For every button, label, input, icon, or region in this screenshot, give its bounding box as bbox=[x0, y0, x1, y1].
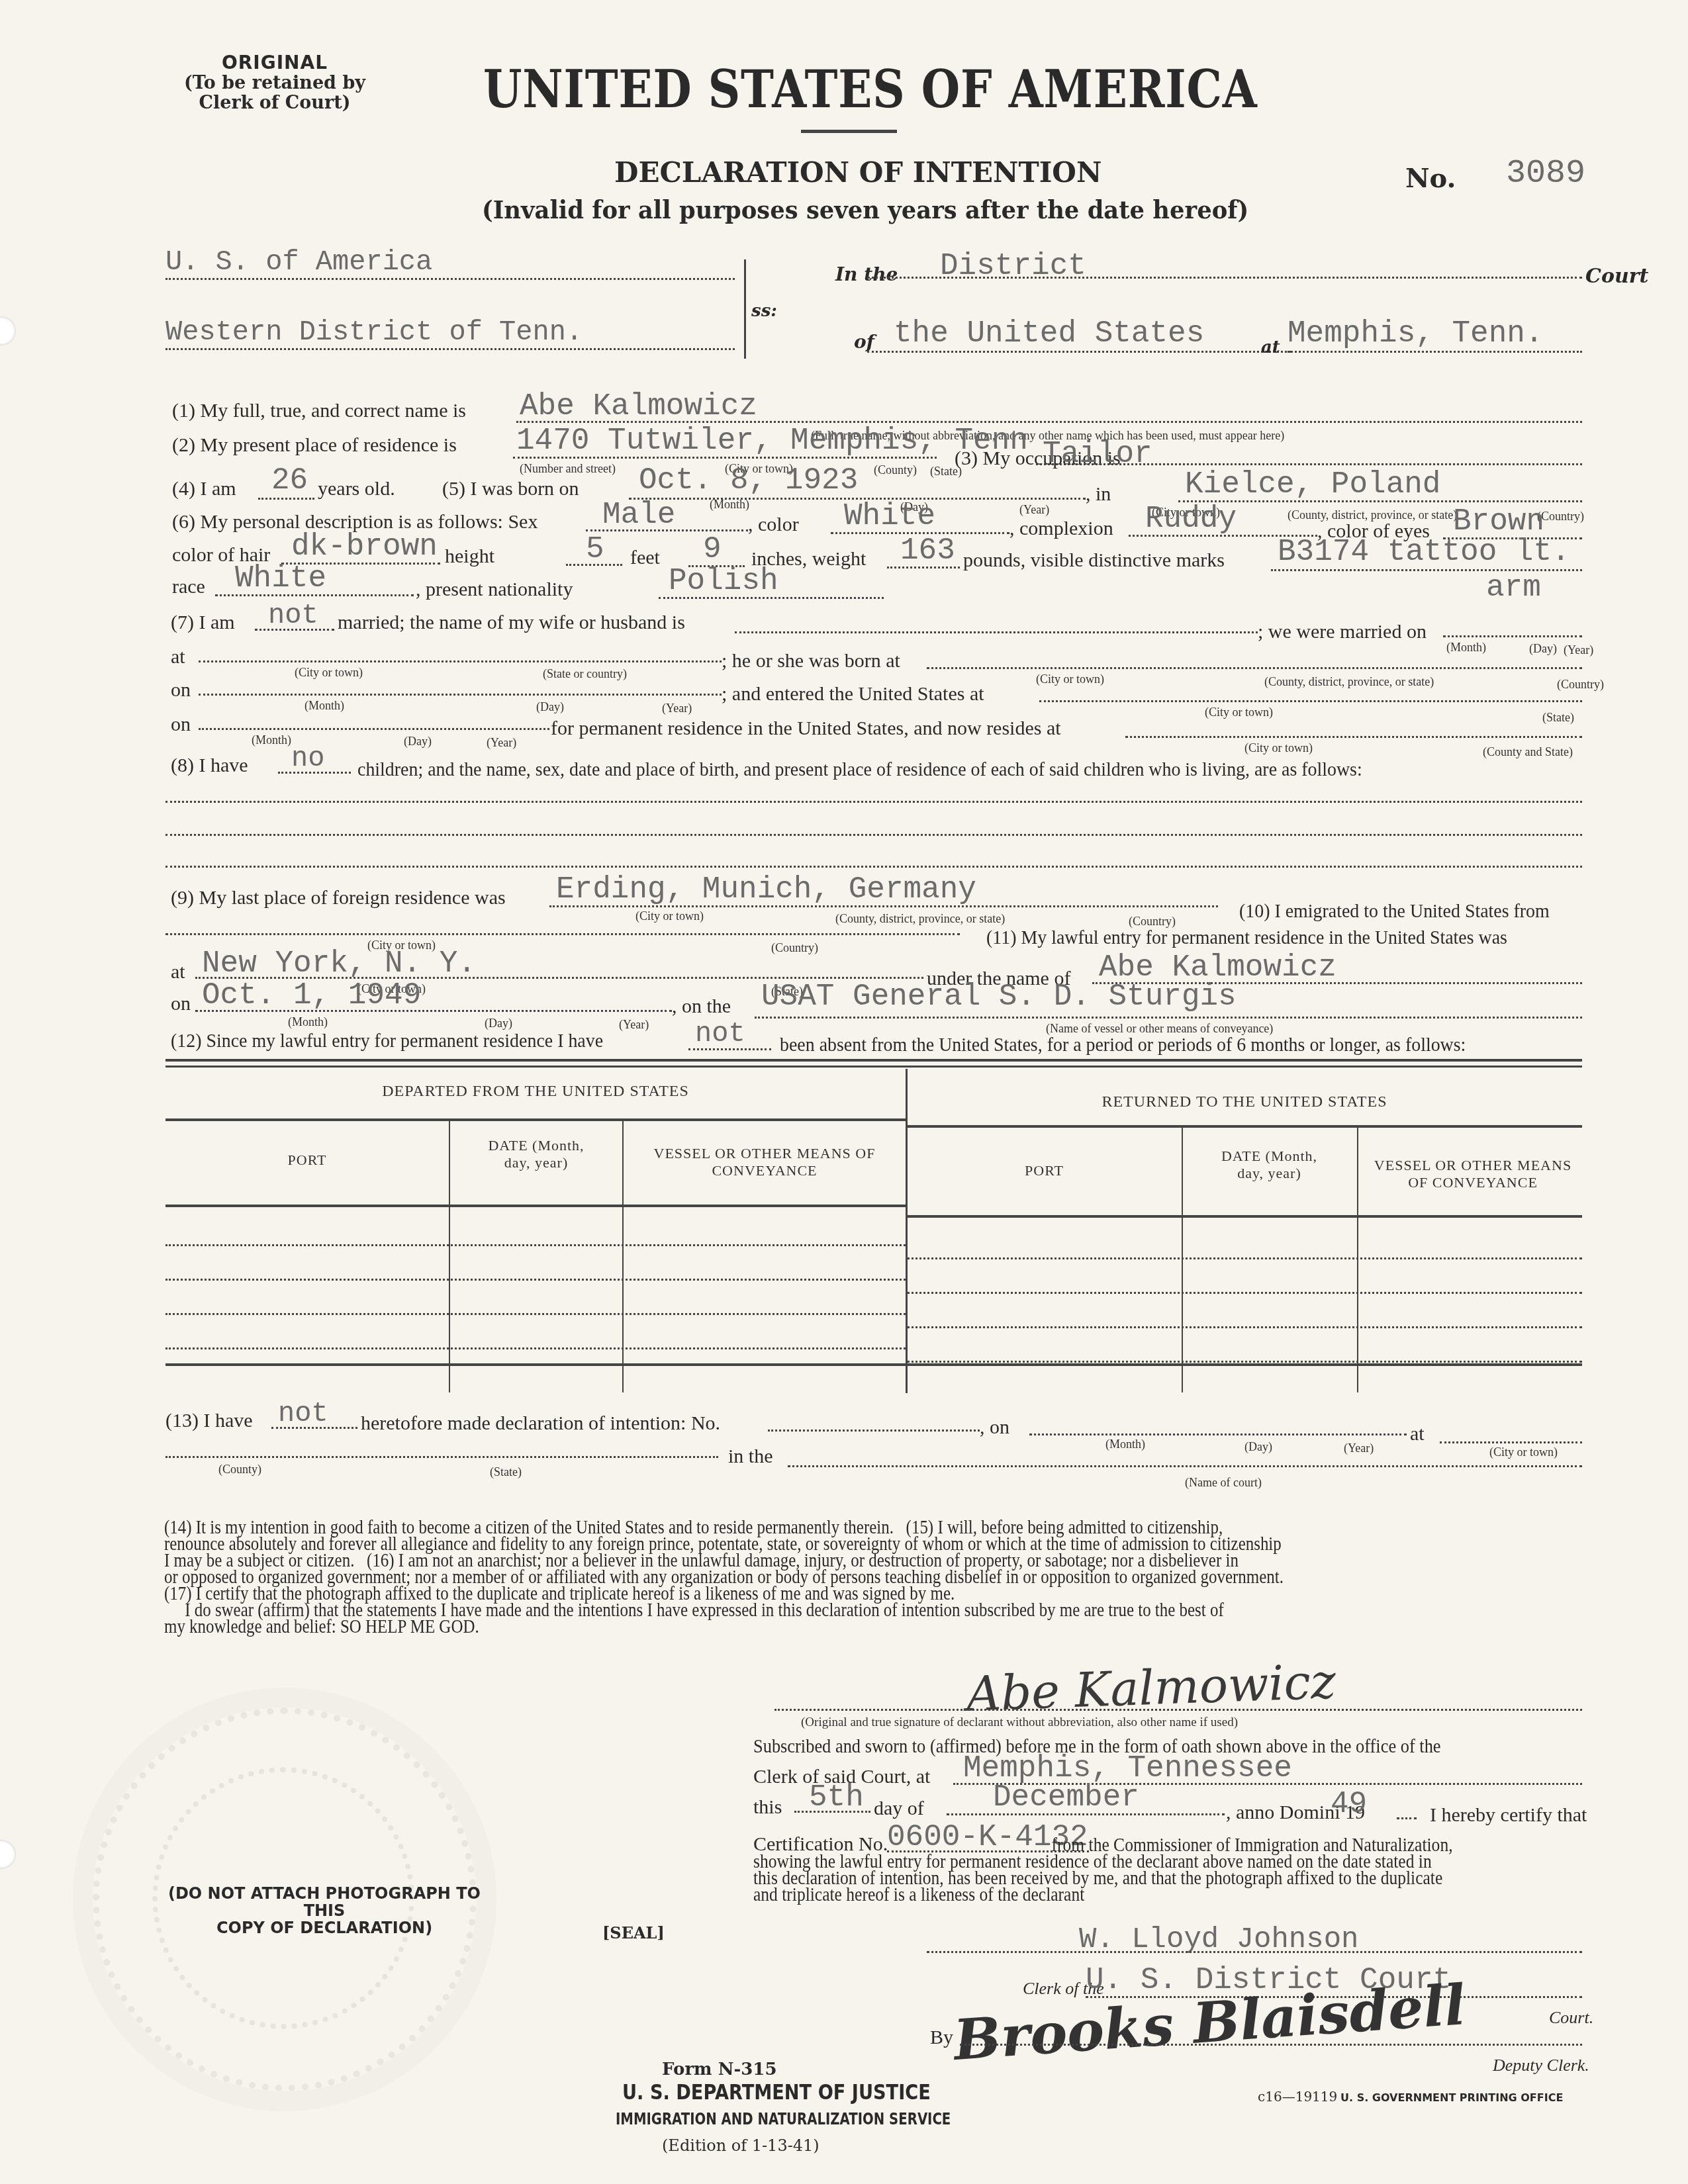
height-inches: 9 bbox=[703, 532, 722, 567]
prior-declaration-status: not bbox=[278, 1398, 328, 1430]
spouse-entry-place-line bbox=[1039, 700, 1582, 702]
header-rule bbox=[165, 1118, 906, 1121]
column-rule bbox=[622, 1121, 624, 1392]
birth-place: Kielce, Poland bbox=[1185, 467, 1440, 502]
marital-line bbox=[255, 629, 334, 631]
caption-day: (Day) bbox=[485, 1017, 512, 1030]
department-name: U. S. DEPARTMENT OF JUSTICE bbox=[622, 2079, 931, 2105]
table-top-rule bbox=[165, 1066, 1582, 1068]
caption-county: (County, district, province, or state) bbox=[1264, 675, 1434, 689]
foreign-residence-line bbox=[549, 905, 1218, 907]
sworn-month: December bbox=[993, 1780, 1139, 1815]
printer-name: U. S. GOVERNMENT PRINTING OFFICE bbox=[1340, 2091, 1563, 2104]
oath-line: my knowledge and belief: SO HELP ME GOD. bbox=[164, 1619, 1388, 1635]
certify-label: I hereby certify that bbox=[1430, 1804, 1587, 1827]
q13-label: (13) I have bbox=[165, 1410, 253, 1432]
caption-day: (Day) bbox=[404, 735, 432, 749]
column-header-vessel: VESSEL OR OTHER MEANS OF CONVEYANCE bbox=[629, 1145, 900, 1179]
declaration-number: 3089 bbox=[1506, 155, 1585, 193]
q11-label: (11) My lawful entry for permanent resid… bbox=[986, 927, 1507, 949]
column-header-date: DATE (Month, day, year) bbox=[477, 1137, 596, 1171]
day-line bbox=[794, 1811, 870, 1813]
marital-status: not bbox=[268, 600, 318, 631]
children-line bbox=[165, 801, 1582, 803]
day-of-label: day of bbox=[874, 1797, 924, 1820]
caption-city: (City or town) bbox=[1205, 705, 1273, 719]
validity-note: (Invalid for all purposes seven years af… bbox=[482, 195, 1248, 224]
in-the-label: In the bbox=[835, 263, 898, 285]
distinctive-marks: B3174 tattoo lt. bbox=[1278, 535, 1570, 569]
venue-brace bbox=[735, 259, 746, 359]
on-label: on bbox=[171, 679, 191, 702]
eye-color: Brown bbox=[1453, 504, 1544, 539]
birth-caption-month: (Month) bbox=[710, 498, 749, 512]
permanent-label: for permanent residence in the United St… bbox=[551, 717, 1061, 740]
complexion: Ruddy bbox=[1145, 502, 1237, 536]
absent-line bbox=[688, 1048, 771, 1050]
married-on-label: ; we were married on bbox=[1258, 621, 1427, 643]
caption-county: (County, district, province, or state) bbox=[835, 912, 1005, 926]
on-label: on bbox=[171, 713, 191, 736]
q2-label: (2) My present place of residence is bbox=[172, 434, 457, 457]
emigrated-from-line bbox=[165, 933, 960, 935]
absent-status: not bbox=[695, 1018, 745, 1050]
color: White bbox=[844, 499, 935, 533]
prior-court-line bbox=[788, 1465, 1582, 1467]
prior-line bbox=[271, 1427, 357, 1429]
nationality-line bbox=[659, 597, 884, 599]
caption-year: (Year) bbox=[619, 1018, 649, 1032]
nationality-label: , present nationality bbox=[416, 578, 573, 601]
prior-suffix: heretofore made declaration of intention… bbox=[361, 1412, 720, 1435]
q1-label: (1) My full, true, and correct name is bbox=[172, 400, 466, 422]
race: White bbox=[235, 561, 326, 596]
oath-text: (14) It is my intention in good faith to… bbox=[164, 1520, 1587, 1635]
table-divider bbox=[906, 1069, 908, 1393]
venue-line bbox=[165, 278, 735, 280]
full-name-line bbox=[516, 421, 1582, 423]
caption-month: (Month) bbox=[1105, 1437, 1145, 1451]
vessel-name: USAT General S. D. Sturgis bbox=[761, 979, 1237, 1014]
column-rule bbox=[1182, 1128, 1183, 1392]
pounds-label: pounds, visible distinctive marks bbox=[963, 549, 1225, 572]
prior-city-line bbox=[1440, 1441, 1582, 1443]
table-row bbox=[907, 1361, 1582, 1363]
entered-label: ; and entered the United States at bbox=[722, 683, 984, 705]
distinctive-marks-cont: arm bbox=[1486, 570, 1541, 605]
caption-city: (City or town) bbox=[1036, 672, 1104, 686]
caption-month: (Month) bbox=[288, 1015, 328, 1029]
table-row bbox=[165, 1313, 906, 1315]
document-title: UNITED STATES OF AMERICA bbox=[483, 60, 1258, 120]
venue-district: Western District of Tenn. bbox=[165, 316, 583, 348]
children-line bbox=[165, 866, 1582, 868]
entry-on-label: on bbox=[171, 993, 191, 1015]
height-feet: 5 bbox=[586, 532, 604, 567]
q12-label: (12) Since my lawful entry for permanent… bbox=[171, 1030, 603, 1052]
residence-caption-county: (County) bbox=[874, 463, 917, 477]
q4-label: (4) I am bbox=[172, 478, 236, 500]
at-label: at bbox=[1261, 338, 1280, 357]
prior-date-line bbox=[1029, 1433, 1407, 1435]
declaration-number-label: No. bbox=[1405, 163, 1456, 194]
resides-line bbox=[1125, 736, 1582, 738]
birth-date: Oct. 8, 1923 bbox=[639, 463, 858, 498]
married-suffix: married; the name of my wife or husband … bbox=[338, 612, 685, 634]
court-suffix: Court. bbox=[1549, 2008, 1593, 2028]
caption-county-state: (County and State) bbox=[1483, 745, 1573, 759]
court-of-line bbox=[867, 351, 1291, 353]
copy-designation: ORIGINAL (To be retained by Clerk of Cou… bbox=[165, 52, 384, 113]
q7-label: (7) I am bbox=[171, 612, 235, 634]
nationality: Polish bbox=[669, 564, 778, 598]
occupation: Tailor bbox=[1043, 437, 1152, 471]
prior-at-label: at bbox=[1410, 1423, 1425, 1445]
married-caption-year: (Year) bbox=[1564, 643, 1593, 657]
children-line bbox=[278, 772, 351, 774]
q10-label: (10) I emigrated to the United States fr… bbox=[1239, 900, 1550, 923]
married-on-line bbox=[1443, 635, 1582, 637]
age-suffix: years old. bbox=[318, 478, 395, 500]
sex-line bbox=[586, 529, 748, 531]
table-top-rule bbox=[165, 1059, 1582, 1062]
entry-at-label: at bbox=[171, 961, 185, 983]
table-row bbox=[907, 1292, 1582, 1294]
age: 26 bbox=[271, 463, 308, 498]
married-caption-month: (Month) bbox=[1446, 641, 1486, 655]
race-line bbox=[215, 594, 414, 596]
spouse-entry-date-line bbox=[199, 694, 722, 696]
children-line bbox=[165, 834, 1582, 836]
court-type-line bbox=[867, 277, 1582, 279]
caption-day: (Day) bbox=[1244, 1440, 1272, 1454]
caption-state-country: (State or country) bbox=[543, 667, 627, 681]
court-of: the United States bbox=[894, 316, 1204, 351]
column-rule bbox=[1357, 1128, 1358, 1392]
birth-caption-year: (Year) bbox=[1019, 503, 1049, 517]
caption-city: (City or town) bbox=[1244, 741, 1313, 755]
returned-header: RETURNED TO THE UNITED STATES bbox=[907, 1093, 1582, 1111]
caption-city: (City or town) bbox=[295, 666, 363, 680]
venue-country: U. S. of America bbox=[165, 246, 432, 278]
caption-city: (City or town) bbox=[635, 909, 704, 923]
children-suffix: children; and the name, sex, date and pl… bbox=[357, 758, 1362, 781]
caption-county: (County) bbox=[218, 1463, 261, 1477]
by-label: By bbox=[930, 2026, 953, 2049]
entry-port: New York, N. Y. bbox=[202, 946, 476, 981]
caption-month: (Month) bbox=[252, 733, 291, 747]
marriage-place-line bbox=[199, 660, 722, 662]
caption-month: (Month) bbox=[305, 699, 344, 713]
prior-county-state-line bbox=[165, 1456, 718, 1458]
table-row bbox=[165, 1347, 906, 1349]
table-row bbox=[165, 1279, 906, 1281]
on-the-label: , on the bbox=[672, 995, 731, 1018]
children-count: no bbox=[291, 743, 324, 774]
this-label: this bbox=[753, 1796, 782, 1819]
column-header-port: PORT bbox=[907, 1162, 1182, 1179]
sex: Male bbox=[602, 498, 675, 532]
birth-in-label: , in bbox=[1086, 483, 1111, 506]
signature-line bbox=[774, 1709, 1582, 1711]
signature-caption: (Original and true signature of declaran… bbox=[801, 1715, 1238, 1730]
foreign-residence: Erding, Munich, Germany bbox=[556, 872, 976, 907]
prior-number-line bbox=[768, 1430, 980, 1432]
header-bottom-rule bbox=[165, 1205, 906, 1207]
entry-date-line bbox=[195, 1010, 672, 1012]
height-label: height bbox=[445, 545, 494, 568]
clerk-name-line bbox=[927, 1951, 1582, 1953]
residence-caption-street: (Number and street) bbox=[520, 462, 616, 476]
weight-line bbox=[887, 567, 960, 569]
permanent-date-line bbox=[199, 728, 549, 730]
caption-year: (Year) bbox=[1344, 1441, 1374, 1455]
height-feet-line bbox=[566, 564, 622, 566]
prior-on-label: , on bbox=[980, 1416, 1009, 1439]
column-header-date: DATE (Month, day, year) bbox=[1208, 1148, 1331, 1182]
caption-court: (Name of court) bbox=[1185, 1476, 1262, 1490]
birth-place-line bbox=[1178, 500, 1582, 502]
vessel-line bbox=[755, 1017, 1582, 1019]
copy-note: Clerk of Court) bbox=[165, 93, 384, 113]
feet-label: feet bbox=[630, 547, 660, 569]
caption-state: (State) bbox=[490, 1465, 522, 1479]
court-location-line bbox=[1288, 351, 1582, 353]
court-label: Court bbox=[1585, 265, 1648, 288]
photo-note: COPY OF DECLARATION) bbox=[165, 1919, 483, 1936]
year-line bbox=[1397, 1817, 1417, 1819]
full-name: Abe Kalmowicz bbox=[520, 389, 757, 424]
married-caption-day: (Day) bbox=[1529, 642, 1557, 656]
occupation-line bbox=[1036, 463, 1582, 465]
form-number: Form N-315 bbox=[662, 2060, 776, 2079]
edition: (Edition of 1-13-41) bbox=[662, 2136, 820, 2155]
departed-header: DEPARTED FROM THE UNITED STATES bbox=[165, 1083, 906, 1101]
spouse-born-label: ; he or she was born at bbox=[722, 650, 900, 672]
complexion-label: , complexion bbox=[1009, 518, 1113, 540]
sworn-day: 5th bbox=[809, 1780, 864, 1815]
cert-line: and triplicate hereof is a likeness of t… bbox=[753, 1887, 1487, 1903]
absent-suffix: been absent from the United States, for … bbox=[780, 1034, 1466, 1056]
seal-label: [SEAL] bbox=[602, 1923, 665, 1942]
month-line bbox=[947, 1813, 1225, 1815]
caption-country: (Country) bbox=[1557, 678, 1604, 692]
age-line bbox=[258, 498, 314, 500]
spouse-name-line bbox=[735, 631, 1258, 633]
form-title: DECLARATION OF INTENTION bbox=[614, 156, 1102, 189]
table-row bbox=[165, 1244, 906, 1246]
sworn-year: 49 bbox=[1331, 1787, 1367, 1821]
binder-hole bbox=[0, 316, 16, 345]
q5-label: (5) I was born on bbox=[442, 478, 579, 500]
table-row bbox=[907, 1326, 1582, 1328]
photo-note: (DO NOT ATTACH PHOTOGRAPH TO THIS bbox=[165, 1885, 483, 1919]
at-label: at bbox=[171, 646, 185, 668]
caption-year: (Year) bbox=[662, 702, 692, 715]
deputy-clerk-label: Deputy Clerk. bbox=[1493, 2056, 1589, 2075]
venue-line bbox=[165, 348, 735, 350]
residence-line bbox=[513, 457, 937, 459]
race-label: race bbox=[172, 576, 205, 598]
photo-instruction: (DO NOT ATTACH PHOTOGRAPH TO THIS COPY O… bbox=[165, 1885, 483, 1936]
copy-label: ORIGINAL bbox=[165, 52, 384, 73]
column-header-port: PORT bbox=[165, 1152, 449, 1169]
column-rule bbox=[449, 1121, 450, 1392]
header-bottom-rule bbox=[907, 1215, 1582, 1218]
ss-label: ss: bbox=[751, 301, 777, 321]
color-label: , color bbox=[748, 514, 799, 536]
column-header-vessel: VESSEL OR OTHER MEANS OF CONVEYANCE bbox=[1364, 1157, 1582, 1191]
court-location: Memphis, Tenn. bbox=[1288, 316, 1543, 351]
residence: 1470 Tutwiler, Memphis, Tenn bbox=[516, 424, 1028, 458]
caption-country: (Country) bbox=[771, 941, 818, 955]
weight: 163 bbox=[900, 533, 955, 568]
caption-day: (Day) bbox=[536, 700, 564, 714]
q9-label: (9) My last place of foreign residence w… bbox=[171, 887, 506, 909]
title-rule bbox=[801, 130, 897, 133]
certification-text: from the Commissioner of Immigration and… bbox=[753, 1837, 1587, 1903]
binder-hole bbox=[0, 1840, 16, 1869]
deputy-clerk-line bbox=[960, 2044, 1582, 2046]
copy-note: (To be retained by bbox=[165, 73, 384, 93]
hair-color: dk-brown bbox=[291, 529, 438, 564]
print-code: c16—19119 bbox=[1258, 2089, 1337, 2105]
spouse-born-line bbox=[927, 667, 1582, 669]
service-name: IMMIGRATION AND NATURALIZATION SERVICE bbox=[616, 2110, 951, 2128]
table-row bbox=[907, 1257, 1582, 1259]
header-rule bbox=[907, 1125, 1582, 1128]
of-label: of bbox=[854, 331, 874, 353]
caption-state: (State) bbox=[1542, 711, 1574, 725]
q8-label: (8) I have bbox=[171, 754, 248, 777]
caption-year: (Year) bbox=[487, 736, 516, 750]
table-bottom-rule bbox=[165, 1363, 1582, 1366]
entry-date: Oct. 1, 1949 bbox=[202, 978, 421, 1013]
caption-city: (City or town) bbox=[1489, 1445, 1558, 1459]
prior-in-the-label: in the bbox=[728, 1445, 773, 1468]
declarant-signature: Abe Kalmowicz bbox=[966, 1653, 1336, 1721]
